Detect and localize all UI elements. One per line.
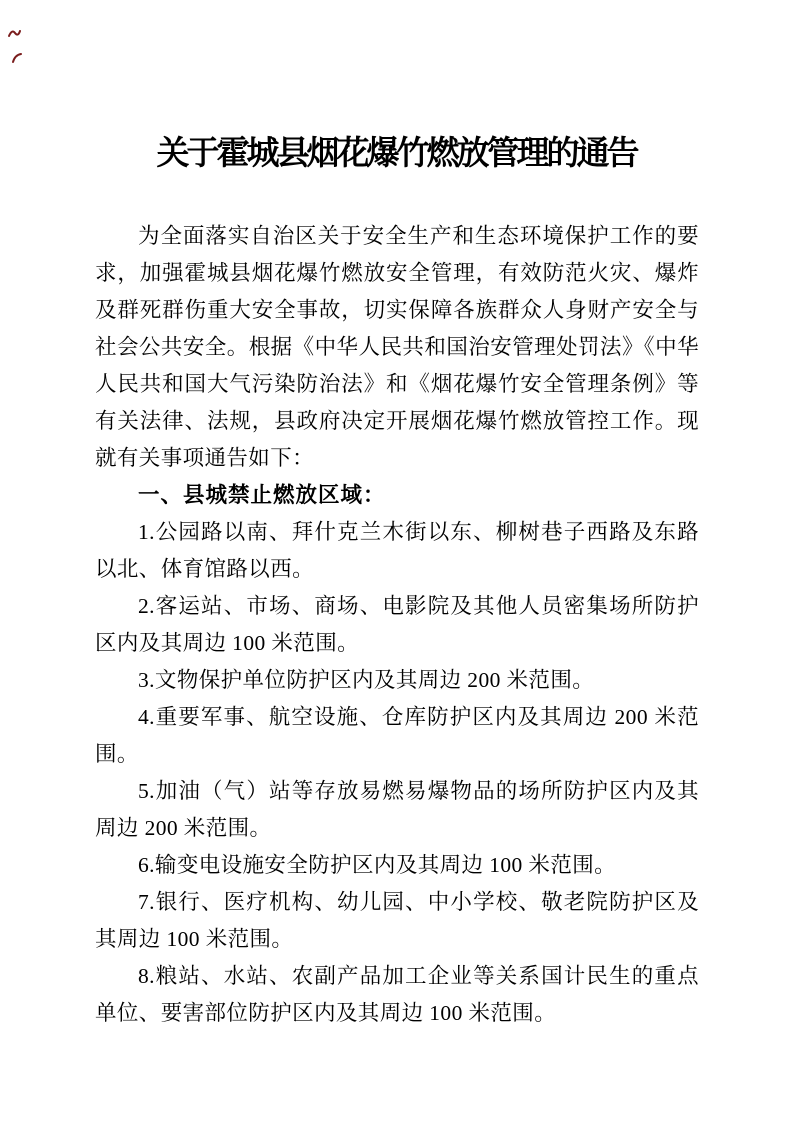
list-item-3: 3.文物保护单位防护区内及其周边 200 米范围。	[95, 662, 699, 699]
intro-paragraph: 为全面落实自治区关于安全生产和生态环境保护工作的要求，加强霍城县烟花爆竹燃放安全…	[95, 218, 699, 477]
document-title: 关于霍城县烟花爆竹燃放管理的通告	[0, 0, 793, 178]
list-item-4: 4.重要军事、航空设施、仓库防护区内及其周边 200 米范围。	[95, 699, 699, 773]
document-body: 为全面落实自治区关于安全生产和生态环境保护工作的要求，加强霍城县烟花爆竹燃放安全…	[95, 218, 699, 1032]
list-item-5: 5.加油（气）站等存放易燃易爆物品的场所防护区内及其周边 200 米范围。	[95, 773, 699, 847]
list-item-2: 2.客运站、市场、商场、电影院及其他人员密集场所防护区内及其周边 100 米范围…	[95, 588, 699, 662]
list-item-6: 6.输变电设施安全防护区内及其周边 100 米范围。	[95, 847, 699, 884]
list-item-8: 8.粮站、水站、农副产品加工企业等关系国计民生的重点单位、要害部位防护区内及其周…	[95, 958, 699, 1032]
list-item-7: 7.银行、医疗机构、幼儿园、中小学校、敬老院防护区及其周边 100 米范围。	[95, 884, 699, 958]
document-page: 关于霍城县烟花爆竹燃放管理的通告 为全面落实自治区关于安全生产和生态环境保护工作…	[0, 0, 793, 1122]
list-item-1: 1.公园路以南、拜什克兰木街以东、柳树巷子西路及东路以北、体育馆路以西。	[95, 514, 699, 588]
section-heading-no-burn-zone: 一、县城禁止燃放区域：	[95, 477, 699, 514]
